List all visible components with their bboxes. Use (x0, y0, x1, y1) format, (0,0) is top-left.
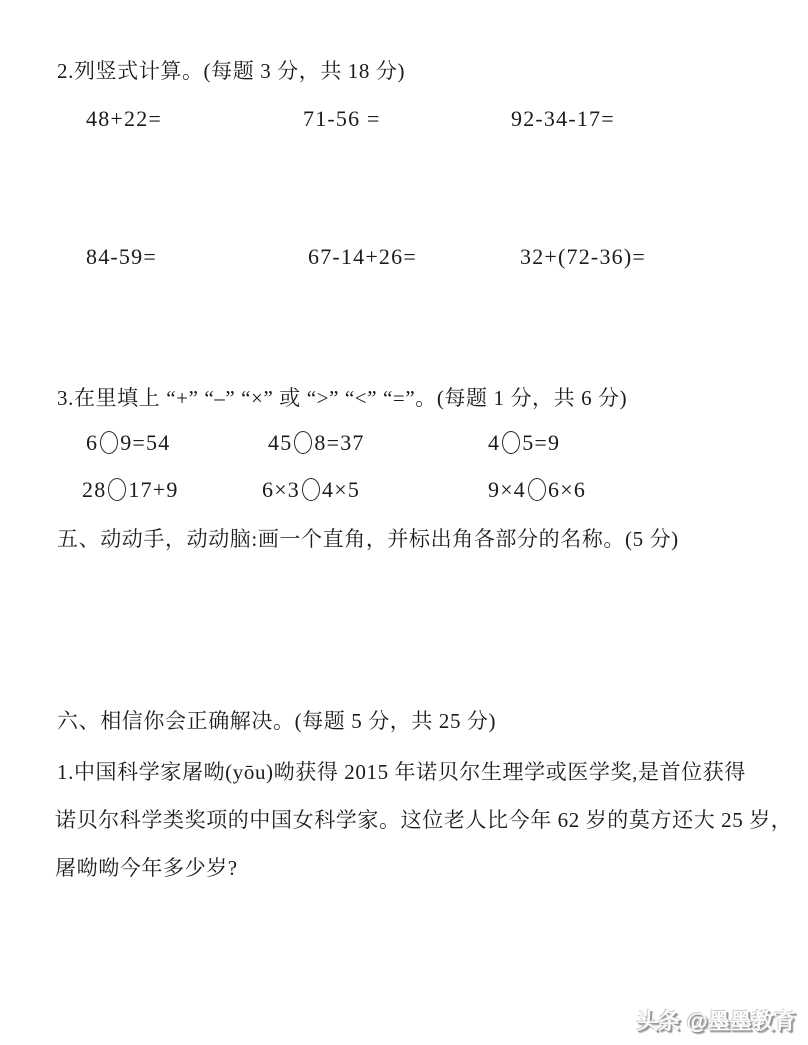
equation-67-14-26: 67-14+26= (308, 244, 417, 270)
section3-heading: 3.在里填上 “+” “–” “×” 或 “>” “<” “=”。(每题 1 分… (57, 382, 627, 412)
equation-84-minus-59: 84-59= (86, 244, 157, 270)
equation-92-34-17: 92-34-17= (511, 106, 615, 132)
equation-32-72-36: 32+(72-36)= (520, 244, 646, 270)
equation-71-minus-56: 71-56 = (303, 106, 381, 132)
circle-eq-right: 17+9 (128, 477, 178, 502)
circle-eq-right: 8=37 (314, 430, 364, 455)
blank-circle-icon (528, 478, 546, 501)
circle-equation-4: 2817+9 (82, 477, 179, 503)
circle-equation-2: 458=37 (268, 430, 365, 456)
worksheet-page: 2.列竖式计算。(每题 3 分，共 18 分) 48+22= 71-56 = 9… (0, 0, 808, 1045)
problem1-line3: 屠呦呦今年多少岁? (55, 852, 238, 882)
blank-circle-icon (302, 478, 320, 501)
section5-heading: 五、动动手，动动脑:画一个直角，并标出角各部分的名称。(5 分) (57, 523, 679, 553)
circle-eq-left: 45 (268, 430, 292, 455)
blank-circle-icon (294, 431, 312, 454)
circle-eq-left: 6 (86, 430, 98, 455)
problem1-line1: 1.中国科学家屠呦(yōu)呦获得 2015 年诺贝尔生理学或医学奖,是首位获得 (57, 756, 746, 786)
circle-eq-left: 9×4 (488, 477, 526, 502)
section2-heading: 2.列竖式计算。(每题 3 分，共 18 分) (57, 55, 405, 85)
circle-eq-left: 4 (488, 430, 500, 455)
blank-circle-icon (100, 431, 118, 454)
section6-heading: 六、相信你会正确解决。(每题 5 分，共 25 分) (57, 705, 496, 735)
circle-eq-right: 9=54 (120, 430, 170, 455)
circle-equation-5: 6×34×5 (262, 477, 360, 503)
circle-eq-right: 6×6 (548, 477, 586, 502)
circle-eq-right: 4×5 (322, 477, 360, 502)
circle-eq-left: 6×3 (262, 477, 300, 502)
toutiao-watermark: 头条 @墨墨教育 (636, 1005, 796, 1036)
circle-eq-left: 28 (82, 477, 106, 502)
blank-circle-icon (108, 478, 126, 501)
circle-equation-6: 9×46×6 (488, 477, 586, 503)
problem1-line2: 诺贝尔科学类奖项的中国女科学家。这位老人比今年 62 岁的莫方还大 25 岁， (55, 804, 792, 834)
blank-circle-icon (502, 431, 520, 454)
equation-48-plus-22: 48+22= (86, 106, 162, 132)
circle-equation-3: 45=9 (488, 430, 560, 456)
circle-eq-right: 5=9 (522, 430, 560, 455)
circle-equation-1: 69=54 (86, 430, 170, 456)
